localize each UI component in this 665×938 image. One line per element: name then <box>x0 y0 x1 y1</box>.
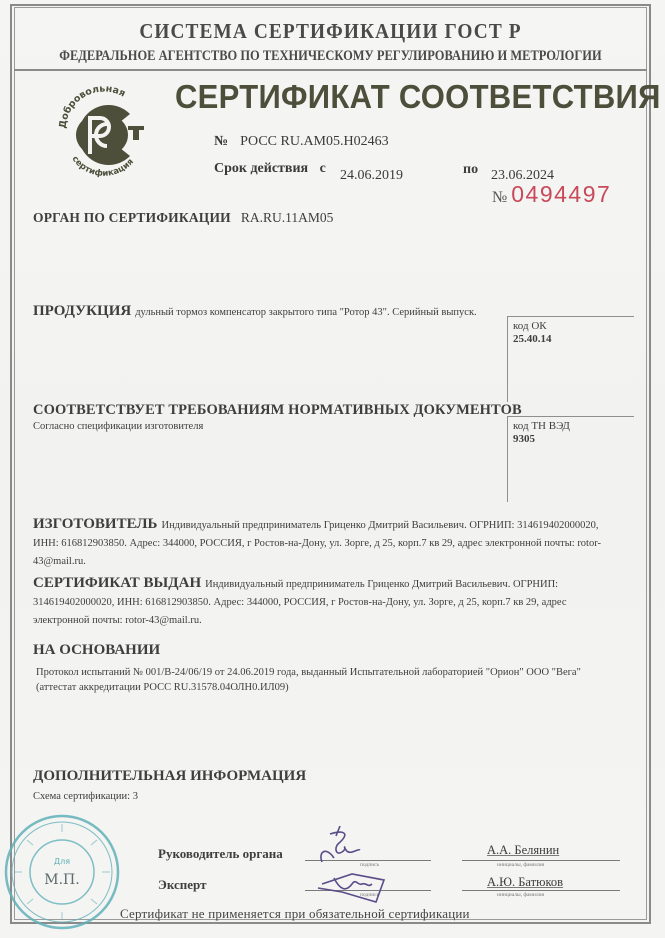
agency-subtitle: ФЕДЕРАЛЬНОЕ АГЕНТСТВО ПО ТЕХНИЧЕСКОМУ РЕ… <box>58 48 602 65</box>
okp-code-label: код ОК <box>513 320 634 333</box>
blank-number-sign: № <box>492 189 507 206</box>
head-of-body-label: Руководитель органа <box>158 846 283 862</box>
conformity-section: СООТВЕТСТВУЕТ ТРЕБОВАНИЯМ НОРМАТИВНЫХ ДО… <box>33 402 503 434</box>
header-band: СИСТЕМА СЕРТИФИКАЦИИ ГОСТ Р ФЕДЕРАЛЬНОЕ … <box>14 7 647 71</box>
manufacturer-label: ИЗГОТОВИТЕЛЬ <box>33 516 157 532</box>
blank-number-value: 0494497 <box>511 181 611 207</box>
validity-to-label: по <box>463 162 478 178</box>
expert-name-line <box>462 890 620 891</box>
conformity-label: СООТВЕТСТВУЕТ ТРЕБОВАНИЯМ НОРМАТИВНЫХ ДО… <box>33 402 503 419</box>
rst-logo-icon: Добровольная сертификация <box>52 84 156 184</box>
system-title: СИСТЕМА СЕРТИФИКАЦИИ ГОСТ Р <box>39 19 621 44</box>
issued-to-section: СЕРТИФИКАТ ВЫДАН Индивидуальный предприн… <box>33 574 623 628</box>
registration-number-value: РОСС RU.АМ05.Н02463 <box>240 134 389 149</box>
expert-name-caption: инициалы, фамилия <box>497 892 544 898</box>
okp-code-value: 25.40.14 <box>513 333 634 346</box>
head-name: А.А. Белянин <box>487 843 559 858</box>
conformity-value: Согласно спецификации изготовителя <box>33 419 503 434</box>
manufacturer-section: ИЗГОТОВИТЕЛЬ Индивидуальный предпринимат… <box>33 515 623 569</box>
expert-label: Эксперт <box>158 877 206 893</box>
product-value: дульный тормоз компенсатор закрытого тип… <box>135 307 476 318</box>
tnved-code-box: код ТН ВЭД 9305 <box>507 416 634 502</box>
basis-section: НА ОСНОВАНИИ Протокол испытаний № 001/В-… <box>33 642 623 695</box>
issued-to-label: СЕРТИФИКАТ ВЫДАН <box>33 575 201 591</box>
footer-note: Сертификат не применяется при обязательн… <box>120 906 470 922</box>
product-section: ПРОДУКЦИЯ дульный тормоз компенсатор зак… <box>33 302 483 320</box>
validity-from-label: с <box>320 161 326 176</box>
basis-value: Протокол испытаний № 001/В-24/06/19 от 2… <box>33 665 623 695</box>
head-name-caption: инициалы, фамилия <box>497 862 544 868</box>
svg-text:Для: Для <box>54 857 70 866</box>
okp-code-box: код ОК 25.40.14 <box>507 316 634 402</box>
additional-info-label: ДОПОЛНИТЕЛЬНАЯ ИНФОРМАЦИЯ <box>33 768 433 785</box>
additional-info-value: Схема сертификации: 3 <box>33 789 433 804</box>
head-name-line <box>462 860 620 861</box>
basis-label: НА ОСНОВАНИИ <box>33 642 623 659</box>
number-sign: № <box>214 134 228 149</box>
certification-body-label: ОРГАН ПО СЕРТИФИКАЦИИ <box>33 210 231 225</box>
validity-label: Срок действия с <box>214 161 326 177</box>
blank-number: №0494497 <box>492 181 611 208</box>
official-stamp-icon: Для М.П. <box>2 810 122 935</box>
certificate-page: СИСТЕМА СЕРТИФИКАЦИИ ГОСТ Р ФЕДЕРАЛЬНОЕ … <box>0 0 665 938</box>
registration-number: №РОСС RU.АМ05.Н02463 <box>214 134 389 150</box>
certificate-title: СЕРТИФИКАТ СООТВЕТСТВИЯ <box>175 78 661 116</box>
validity-label-text: Срок действия <box>214 161 308 176</box>
certification-body-value: RA.RU.11АМ05 <box>241 210 334 225</box>
certification-body: ОРГАН ПО СЕРТИФИКАЦИИRA.RU.11АМ05 <box>33 210 333 226</box>
tnved-code-label: код ТН ВЭД <box>513 420 634 433</box>
product-label: ПРОДУКЦИЯ <box>33 303 131 319</box>
expert-name: А.Ю. Батюков <box>487 875 563 890</box>
stamp-mp-text: М.П. <box>44 872 79 888</box>
tnved-code-value: 9305 <box>513 433 634 446</box>
additional-info-section: ДОПОЛНИТЕЛЬНАЯ ИНФОРМАЦИЯ Схема сертифик… <box>33 768 433 804</box>
expert-signature-icon <box>312 862 402 912</box>
valid-from-date: 24.06.2019 <box>340 168 403 184</box>
